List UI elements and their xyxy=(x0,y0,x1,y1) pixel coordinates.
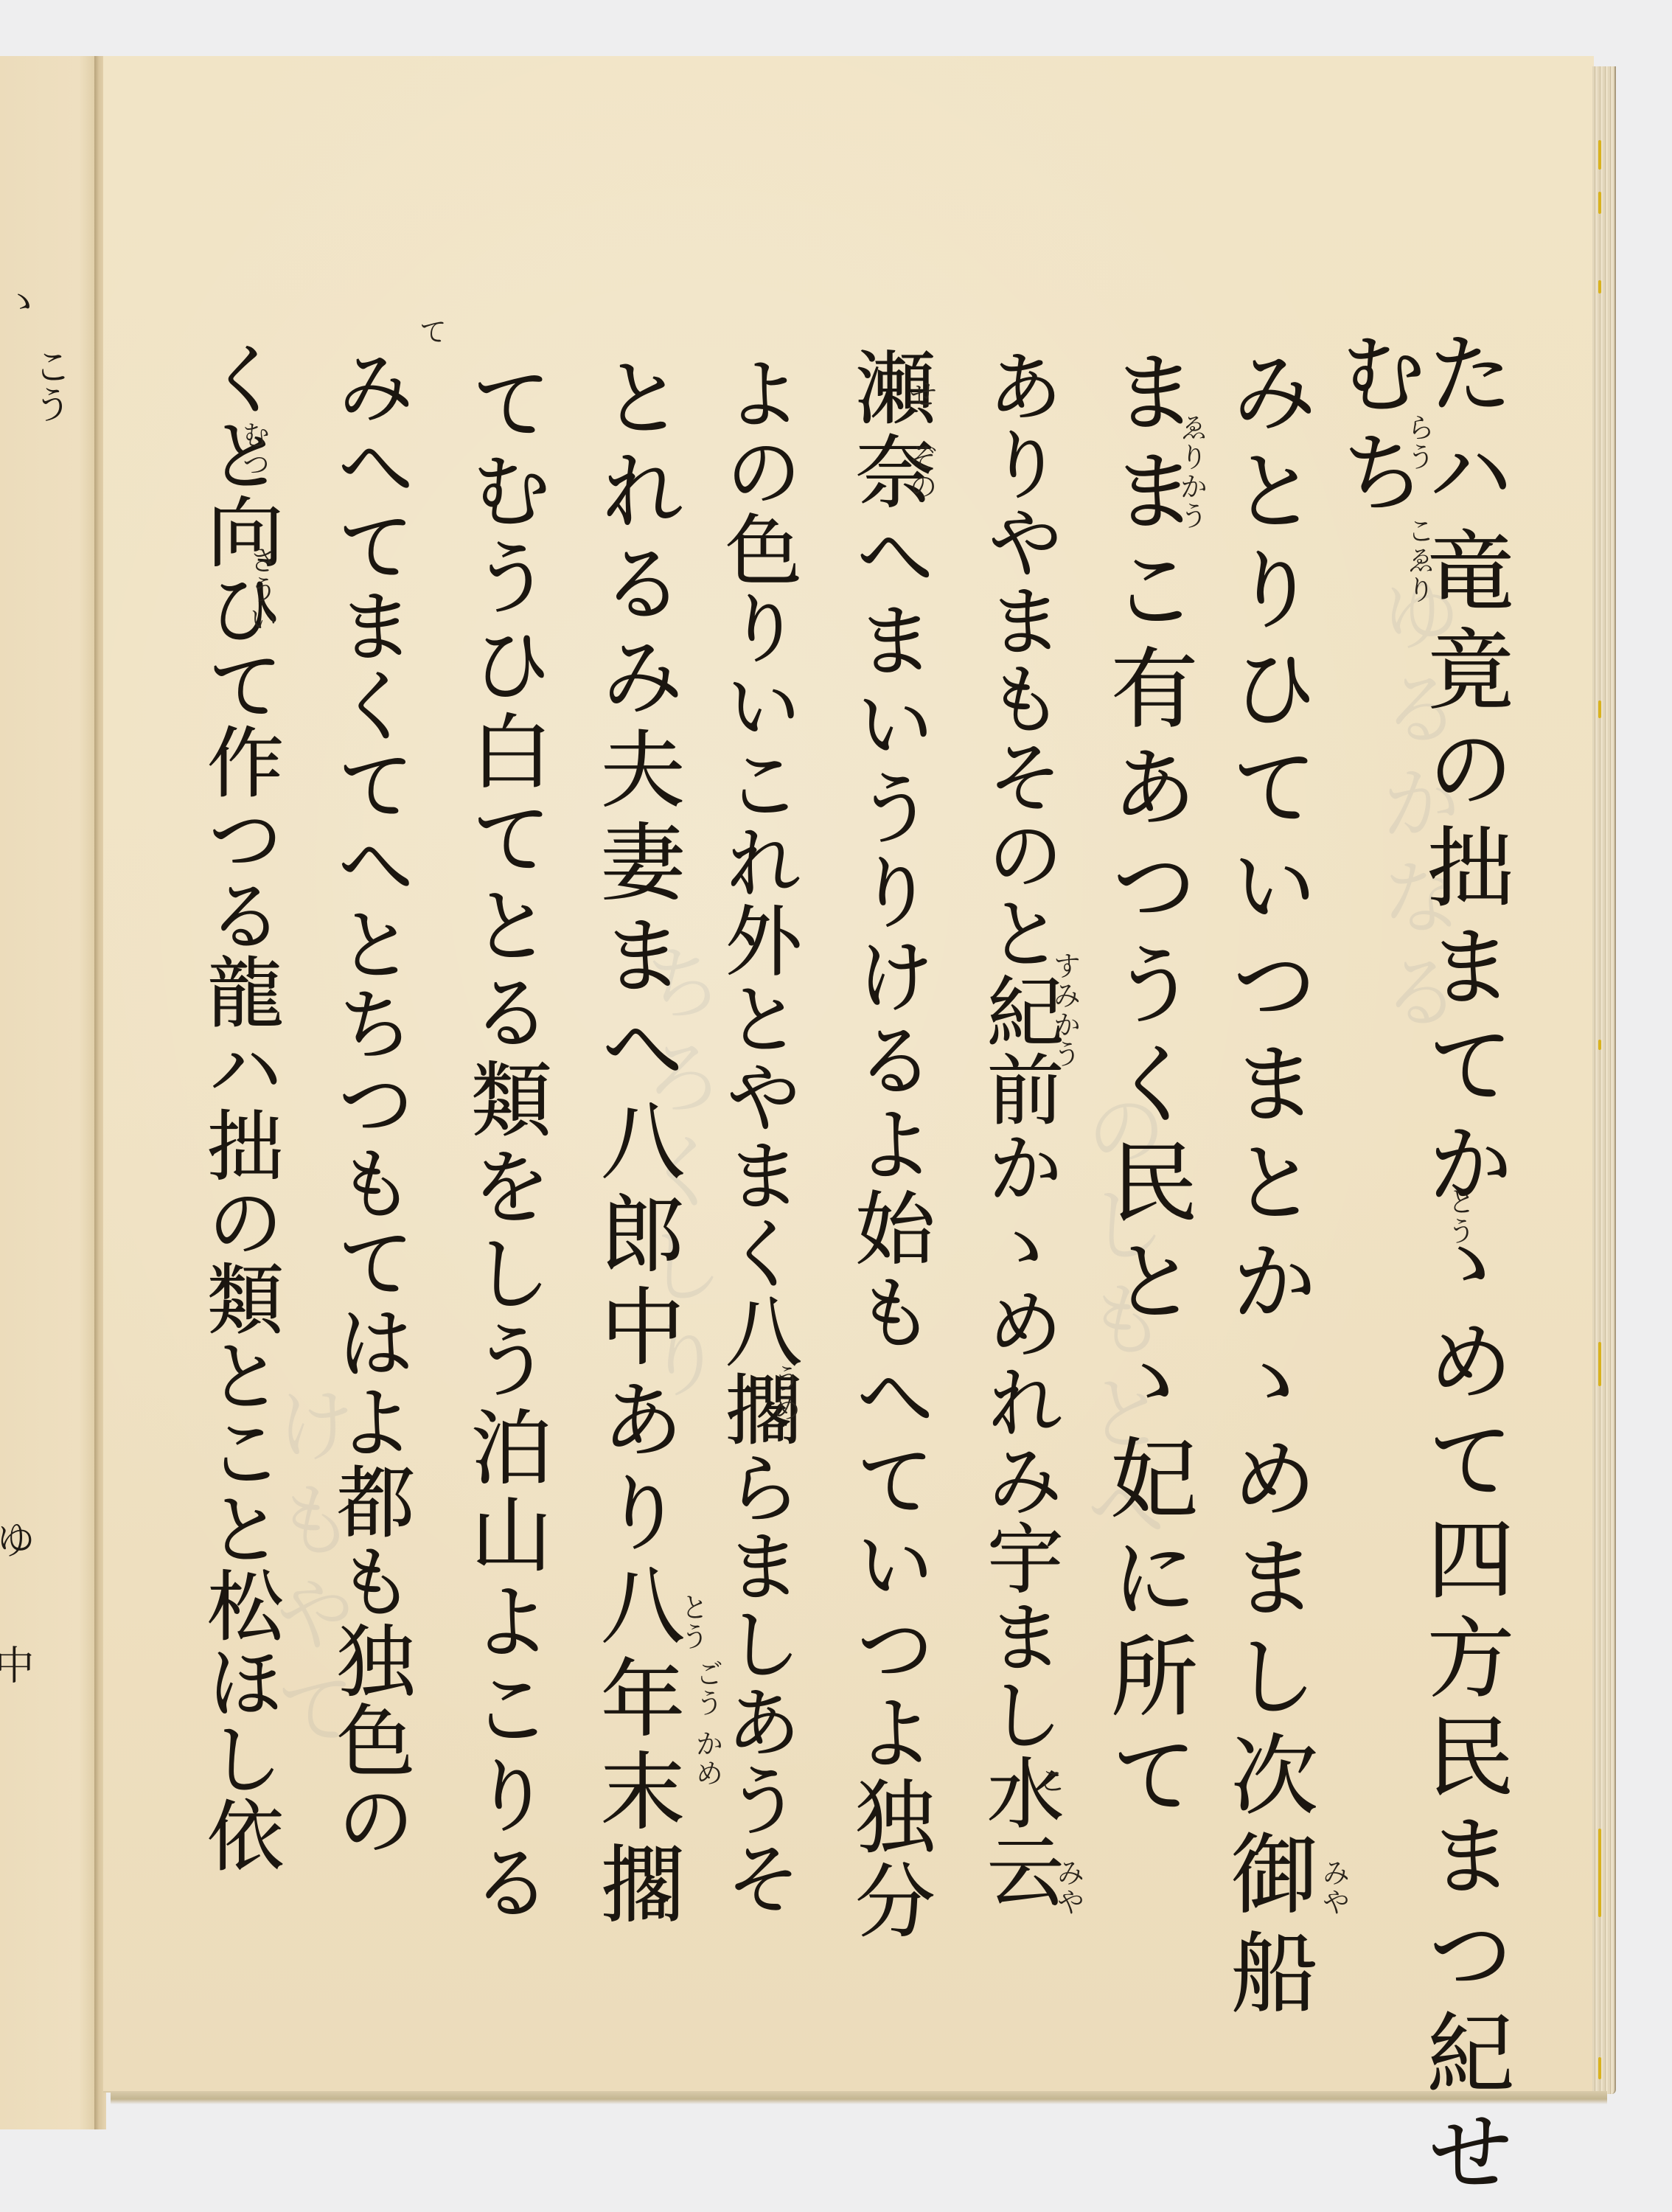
text-column-1: たハ竜竟の拙まてかゝめて四方民まつ紀せむち xyxy=(1333,328,1507,2212)
text-column-8: てむうひ白てとる類をしう泊山よこりる xyxy=(464,361,546,1927)
ruby-gloss: みや xyxy=(1054,1858,1082,1917)
ruby-gloss: とう xyxy=(678,1593,706,1652)
gold-fleck xyxy=(1598,700,1601,718)
ruby-gloss: すみかう xyxy=(1051,951,1079,1069)
ruby-gloss: せ xyxy=(907,380,935,409)
ruby-gloss: ゑりかう xyxy=(1177,413,1205,531)
text-column-9: みへてまくてへとちつもてはよ都も独色の xyxy=(330,347,408,1860)
ruby-gloss: て xyxy=(417,317,445,347)
gold-fleck xyxy=(1598,1342,1601,1386)
page-stack-edge xyxy=(1592,66,1616,2094)
text-column-4: ありやまもそのと紀前かゝめれみ宇まし水云 xyxy=(980,347,1057,1910)
gold-fleck xyxy=(1598,140,1601,170)
left-page-fragment: ゝ xyxy=(0,280,40,320)
ruby-gloss: とう xyxy=(1445,1187,1473,1246)
gold-fleck xyxy=(1598,2057,1601,2079)
gold-fleck xyxy=(1598,1040,1601,1050)
left-page-fragment: こう xyxy=(29,347,68,423)
gold-fleck xyxy=(1598,280,1601,293)
gold-fleck xyxy=(1598,1829,1601,1917)
text-column-2: みとりひていつまとかゝめまし次御船 xyxy=(1224,347,1311,2026)
left-page: こう ゝ ゆ 中 xyxy=(0,56,99,2129)
ruby-gloss: こゑり xyxy=(1404,516,1432,605)
text-column-3: ままこ有あつうく民とゝ妃に所て xyxy=(1104,347,1191,1829)
text-column-6: よの色りいこれ外とやまく八擱らましあうそ xyxy=(719,354,795,1917)
left-page-fragment: ゆ xyxy=(0,1519,32,1559)
ruby-gloss: さうい xyxy=(247,546,275,634)
left-page-fragment: 中 xyxy=(0,1644,31,1684)
ruby-gloss: こ xyxy=(1036,1766,1064,1795)
gold-fleck xyxy=(1598,192,1601,214)
ruby-gloss: ごう xyxy=(693,1659,721,1718)
ruby-gloss: みや xyxy=(1320,1858,1348,1917)
ruby-gloss: かめ xyxy=(693,1729,721,1788)
text-column-7: とれるみ夫妻まへ八郎中あり八年末擱 xyxy=(593,354,677,1933)
page-bottom-edge xyxy=(111,2091,1607,2104)
text-column-5: 瀬奈へまいうりけるよ始もへていつよ独分 xyxy=(848,347,927,1944)
ruby-gloss: ぞの xyxy=(907,442,935,501)
ruby-gloss: らう xyxy=(1404,413,1432,472)
ruby-gloss: うめ xyxy=(770,1364,798,1423)
ruby-gloss: むつ xyxy=(240,420,268,479)
